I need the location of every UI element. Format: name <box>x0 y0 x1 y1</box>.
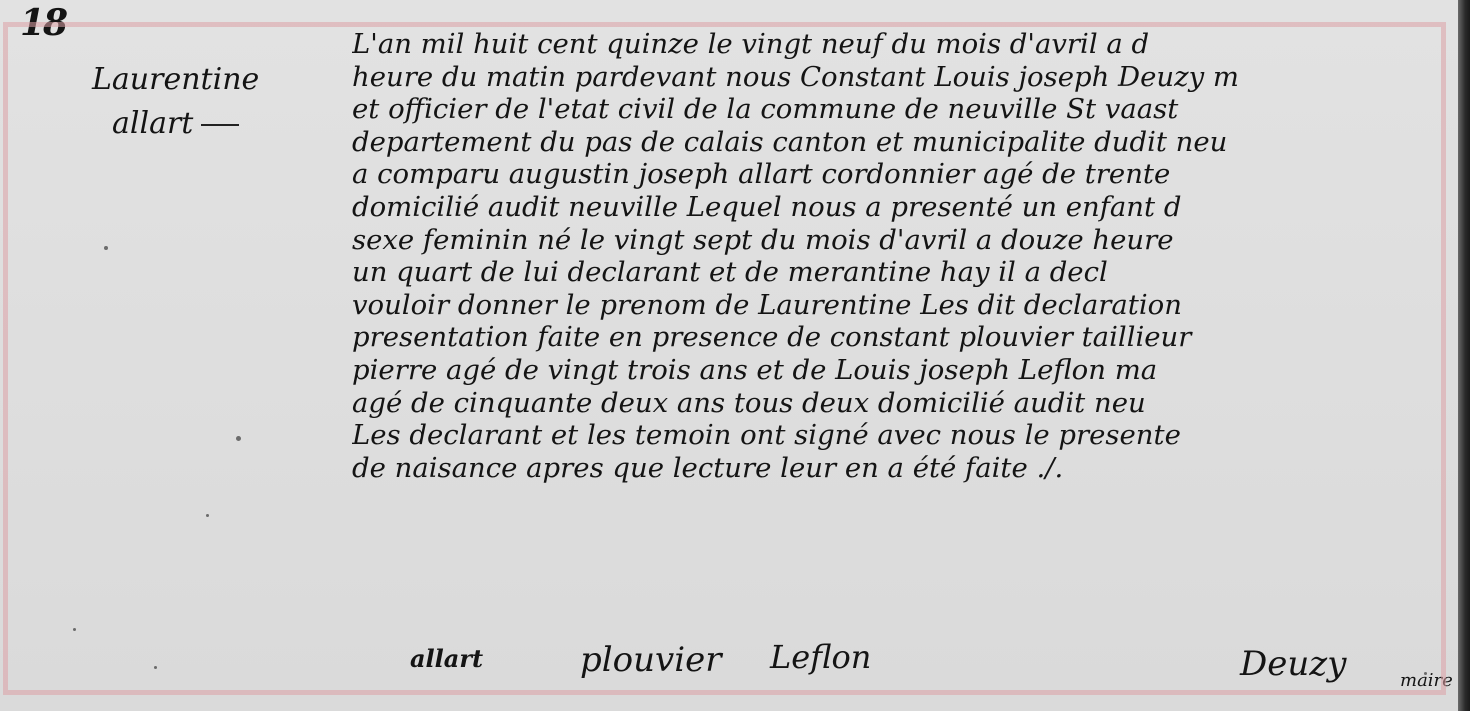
record-line: sexe feminin né le vingt sept du mois d'… <box>352 224 1462 257</box>
signature-witness-plouvier: plouvier <box>580 640 721 680</box>
record-line: a comparu augustin joseph allart cordonn… <box>352 158 1462 191</box>
record-line: et officier de l'etat civil de la commun… <box>352 93 1462 126</box>
paper-speck <box>73 628 76 631</box>
record-line: pierre agé de vingt trois ans et de Loui… <box>352 354 1462 387</box>
paper-speck <box>104 246 108 250</box>
signature-row: allart plouvier Leflon Deuzy maire <box>0 622 1470 702</box>
record-line: vouloir donner le prenom de Laurentine L… <box>352 289 1462 322</box>
record-line: heure du matin pardevant nous Constant L… <box>352 61 1462 94</box>
record-line: presentation faite en presence de consta… <box>352 321 1462 354</box>
record-line: agé de cinquante deux ans tous deux domi… <box>352 387 1462 420</box>
signature-mayor: Deuzy <box>1240 644 1346 684</box>
margin-name: Laurentine allart <box>92 58 259 146</box>
scanned-register-page: 18 Laurentine allart L'an mil huit cent … <box>0 0 1470 711</box>
record-line: un quart de lui declarant et de merantin… <box>352 256 1462 289</box>
paper-speck <box>154 666 157 669</box>
margin-last-name: allart <box>92 102 259 146</box>
record-line: departement du pas de calais canton et m… <box>352 126 1462 159</box>
paper-speck <box>236 436 241 441</box>
record-body: L'an mil huit cent quinze le vingt neuf … <box>352 28 1462 484</box>
record-line: de naisance apres que lecture leur en a … <box>352 452 1462 485</box>
record-line: domicilié audit neuville Lequel nous a p… <box>352 191 1462 224</box>
paper-speck <box>1424 672 1427 675</box>
record-line: L'an mil huit cent quinze le vingt neuf … <box>352 28 1462 61</box>
entry-number: 18 <box>20 2 66 44</box>
paper-speck <box>206 514 209 517</box>
signature-witness-leflon: Leflon <box>770 638 871 676</box>
signature-father: allart <box>410 644 483 673</box>
record-line: Les declarant et les temoin ont signé av… <box>352 419 1462 452</box>
margin-first-name: Laurentine <box>92 58 259 102</box>
